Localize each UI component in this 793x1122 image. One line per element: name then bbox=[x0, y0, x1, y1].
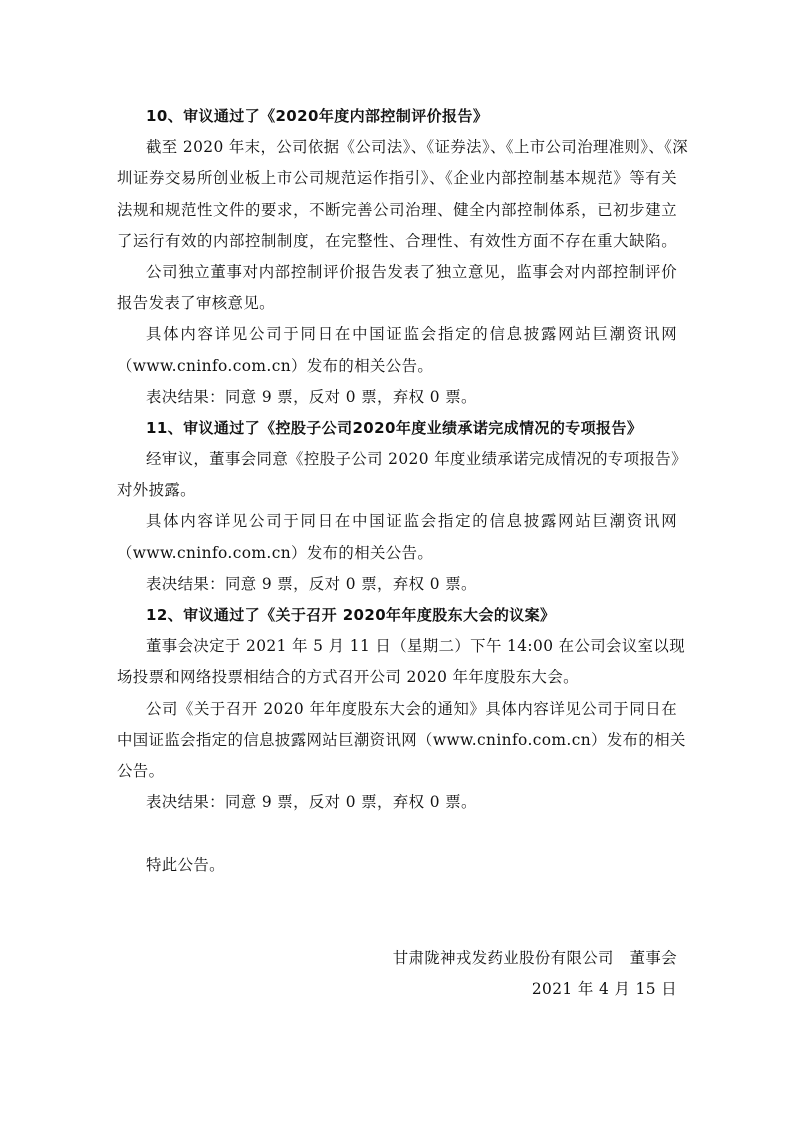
paragraph-line: 中国证监会指定的信息披露网站巨潮资讯网（www.cninfo.com.cn）发布… bbox=[117, 725, 677, 756]
paragraph-line: 公司独立董事对内部控制评价报告发表了独立意见，监事会对内部控制评价 bbox=[117, 257, 677, 288]
paragraph-line: 董事会决定于 2021 年 5 月 11 日（星期二）下午 14:00 在公司会… bbox=[117, 631, 677, 662]
paragraph-line: 具体内容详见公司于同日在中国证监会指定的信息披露网站巨潮资讯网 bbox=[117, 506, 677, 537]
paragraph-line: 经审议，董事会同意《控股子公司 2020 年度业绩承诺完成情况的专项报告》 bbox=[117, 444, 677, 475]
paragraph-line: 了运行有效的内部控制制度，在完整性、合理性、有效性方面不存在重大缺陷。 bbox=[117, 226, 677, 257]
signature-date: 2021 年 4 月 15 日 bbox=[117, 974, 677, 1005]
signature-company: 甘肃陇神戎发药业股份有限公司 董事会 bbox=[117, 943, 677, 974]
vote-result: 表决结果：同意 9 票，反对 0 票，弃权 0 票。 bbox=[117, 569, 677, 600]
closing-statement: 特此公告。 bbox=[117, 850, 677, 881]
paragraph-line: 具体内容详见公司于同日在中国证监会指定的信息披露网站巨潮资讯网 bbox=[117, 319, 677, 350]
paragraph-line: 截至 2020 年末，公司依据《公司法》、《证券法》、《上市公司治理准则》、《深 bbox=[117, 132, 677, 163]
vote-result: 表决结果：同意 9 票，反对 0 票，弃权 0 票。 bbox=[117, 382, 677, 413]
section-heading: 10、审议通过了《2020年度内部控制评价报告》 bbox=[117, 101, 677, 132]
vote-result: 表决结果：同意 9 票，反对 0 票，弃权 0 票。 bbox=[117, 787, 677, 818]
section-heading: 12、审议通过了《关于召开 2020年年度股东大会的议案》 bbox=[117, 600, 677, 631]
paragraph-line: 报告发表了审核意见。 bbox=[117, 288, 677, 319]
paragraph-line: 公告。 bbox=[117, 756, 677, 787]
paragraph-line: 圳证券交易所创业板上市公司规范运作指引》、《企业内部控制基本规范》等有关 bbox=[117, 163, 677, 194]
paragraph-line: （www.cninfo.com.cn）发布的相关公告。 bbox=[117, 538, 677, 569]
paragraph-line: （www.cninfo.com.cn）发布的相关公告。 bbox=[117, 351, 677, 382]
paragraph-line: 法规和规范性文件的要求，不断完善公司治理、健全内部控制体系，已初步建立 bbox=[117, 195, 677, 226]
document-page: 10、审议通过了《2020年度内部控制评价报告》 截至 2020 年末，公司依据… bbox=[117, 101, 677, 1005]
section-heading: 11、审议通过了《控股子公司2020年度业绩承诺完成情况的专项报告》 bbox=[117, 413, 677, 444]
paragraph-line: 公司《关于召开 2020 年年度股东大会的通知》具体内容详见公司于同日在 bbox=[117, 694, 677, 725]
paragraph-line: 场投票和网络投票相结合的方式召开公司 2020 年年度股东大会。 bbox=[117, 662, 677, 693]
paragraph-line: 对外披露。 bbox=[117, 475, 677, 506]
